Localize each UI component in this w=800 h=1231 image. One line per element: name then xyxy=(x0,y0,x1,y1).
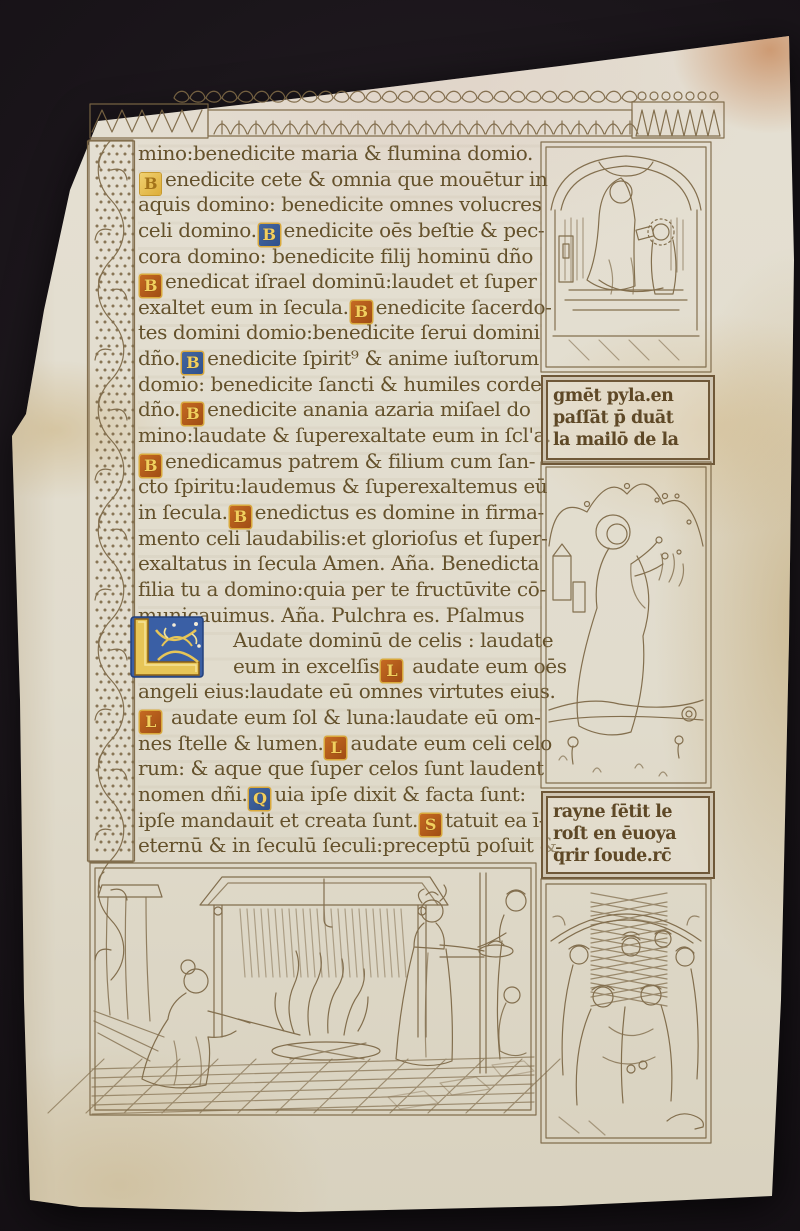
left-floral-border xyxy=(86,140,136,862)
text-run: uia ipſe dixit & facta ſunt: xyxy=(274,782,525,806)
caption-line: roſt en ēuoya xyxy=(553,823,707,845)
text-run: filia tu a domino:quia per te fructūvite… xyxy=(138,577,546,601)
illuminated-initial-L: L xyxy=(130,616,204,678)
caption-panel-bottom: rayne ſētit leroſt en ēuoyaq̄rir ſoude.r… xyxy=(541,791,715,879)
top-border-ornament xyxy=(88,84,728,142)
text-line: eternū & in ſeculū ſeculi:preceptū poſui… xyxy=(138,833,542,859)
caption-panel-top: gmēt pyla.enpaſſāt p̄ duātla mailō de la xyxy=(541,375,715,465)
text-run: celi domino. xyxy=(138,218,257,242)
text-line: exaltet eum in ſecula.Benedicite ſacerdo… xyxy=(138,295,542,321)
text-line: ipſe mandauit et creata ſunt.Statuit ea … xyxy=(138,808,542,834)
text-run: in ſecula. xyxy=(138,500,228,524)
text-line: celi domino.Benedicite oēs beſtie & pec- xyxy=(138,218,542,244)
text-line: mino:benedicite maria & flumina domio. xyxy=(138,141,542,167)
text-line: rum: & aque que ſuper celos ſunt laudent xyxy=(138,756,542,782)
photograph-stage: mino:benedicite maria & flumina domio.Be… xyxy=(0,0,800,1231)
text-line: tes domini domio:benedicite ſerui domini xyxy=(138,320,542,346)
text-run: enedictus es domine in firma- xyxy=(255,500,544,524)
text-line: domio: benedicite ſancti & humiles corde xyxy=(138,372,542,398)
caption-text-top: gmēt pyla.enpaſſāt p̄ duātla mailō de la xyxy=(543,377,713,457)
text-run: tes domini domio:benedicite ſerui domini xyxy=(138,320,540,344)
text-run: enedicite oēs beſtie & pec- xyxy=(284,218,545,242)
text-line: L audate eum ſol & luna:laudate eū om- xyxy=(138,705,542,731)
woodcut-madonna-and-child xyxy=(539,140,713,374)
text-run: audate eum ſol & luna:laudate eū om- xyxy=(165,705,541,729)
caption-line: la mailō de la xyxy=(553,429,707,451)
woodcut-praying-saint xyxy=(539,460,713,790)
text-line: Benedicamus patrem & filium cum ſan- xyxy=(138,449,542,475)
text-run: aquis domino: benedicite omnes volucres xyxy=(138,192,541,216)
text-run: angeli eius:laudate eū omnes virtutes ei… xyxy=(138,679,556,703)
caption-line: q̄rir ſoude.rc̄ xyxy=(553,845,707,867)
text-run: exaltet eum in ſecula. xyxy=(138,295,349,319)
woodcut-fireplace-scene xyxy=(88,861,538,1117)
text-line: mento celi laudabilis:et glorioſus et ſu… xyxy=(138,526,542,552)
caption-text-bottom: rayne ſētit leroſt en ēuoyaq̄rir ſoude.r… xyxy=(543,793,713,873)
text-line: dño.Benedicite ſpirit⁹ & anime iuſtorum xyxy=(138,346,542,372)
text-line: exaltatus in ſecula Amen. Aña. Benedicta xyxy=(138,551,542,577)
text-run: tatuit ea ī- xyxy=(445,808,545,832)
latin-text-block: mino:benedicite maria & flumina domio.Be… xyxy=(138,141,542,859)
text-run: nomen dñi. xyxy=(138,782,247,806)
text-run: enedicat iſrael dominū:laudet et ſuper xyxy=(165,269,537,293)
text-line: nomen dñi.Quia ipſe dixit & facta ſunt: xyxy=(138,782,542,808)
text-run: mino:benedicite maria & flumina domio. xyxy=(138,141,533,165)
text-line: angeli eius:laudate eū omnes virtutes ei… xyxy=(138,679,542,705)
text-line: in ſecula.Benedictus es domine in firma- xyxy=(138,500,542,526)
text-line: aquis domino: benedicite omnes volucres xyxy=(138,192,542,218)
text-run: enedicite anania azaria miſael do xyxy=(207,397,530,421)
text-line: dño.Benedicite anania azaria miſael do xyxy=(138,397,542,423)
caption-line: gmēt pyla.en xyxy=(553,385,707,407)
text-run: eum in excelſis xyxy=(233,654,379,678)
printed-page-content: mino:benedicite maria & flumina domio.Be… xyxy=(0,0,800,1231)
text-run: mento celi laudabilis:et glorioſus et ſu… xyxy=(138,526,547,550)
text-line: Benedicite cete & omnia que mouētur in xyxy=(138,167,542,193)
caption-line: rayne ſētit le xyxy=(553,801,707,823)
text-run: domio: benedicite ſancti & humiles corde xyxy=(138,372,542,396)
text-line: nes ſtelle & lumen.Laudate eum celi celo xyxy=(138,731,542,757)
text-run: eternū & in ſeculū ſeculi:preceptū poſui… xyxy=(138,833,557,857)
text-run: cto ſpiritu:laudemus & ſuperexaltemus eū xyxy=(138,474,547,498)
text-run: dño. xyxy=(138,346,180,370)
text-run: audate eum celi celo xyxy=(350,731,551,755)
text-line: cto ſpiritu:laudemus & ſuperexaltemus eū xyxy=(138,474,542,500)
text-run: enedicite cete & omnia que mouētur in xyxy=(165,167,548,191)
text-line: cora domino: benedicite filij hominū dño xyxy=(138,244,542,270)
text-run: dño. xyxy=(138,397,180,421)
text-run: exaltatus in ſecula Amen. Aña. Benedicta xyxy=(138,551,539,575)
woodcut-group-scene xyxy=(539,877,713,1145)
caption-line: paſſāt p̄ duāt xyxy=(553,407,707,429)
text-run: ipſe mandauit et creata ſunt. xyxy=(138,808,418,832)
text-run: rum: & aque que ſuper celos ſunt laudent xyxy=(138,756,544,780)
initial-ornament-icon xyxy=(130,616,204,678)
text-run: Audate dominū de celis : laudate xyxy=(233,628,553,652)
text-run: enedicamus patrem & filium cum ſan- xyxy=(165,449,535,473)
text-run: nes ſtelle & lumen. xyxy=(138,731,323,755)
text-run: enedicite ſacerdo- xyxy=(376,295,552,319)
text-line: mino:laudate & ſuperexaltate eum in ſcl'… xyxy=(138,423,542,449)
text-line: filia tu a domino:quia per te fructūvite… xyxy=(138,577,542,603)
text-run: cora domino: benedicite filij hominū dño xyxy=(138,244,533,268)
text-line: Benedicat iſrael dominū:laudet et ſuper xyxy=(138,269,542,295)
text-run: mino:laudate & ſuperexaltate eum in ſcl'… xyxy=(138,423,551,447)
text-run: enedicite ſpirit⁹ & anime iuſtorum xyxy=(207,346,539,370)
